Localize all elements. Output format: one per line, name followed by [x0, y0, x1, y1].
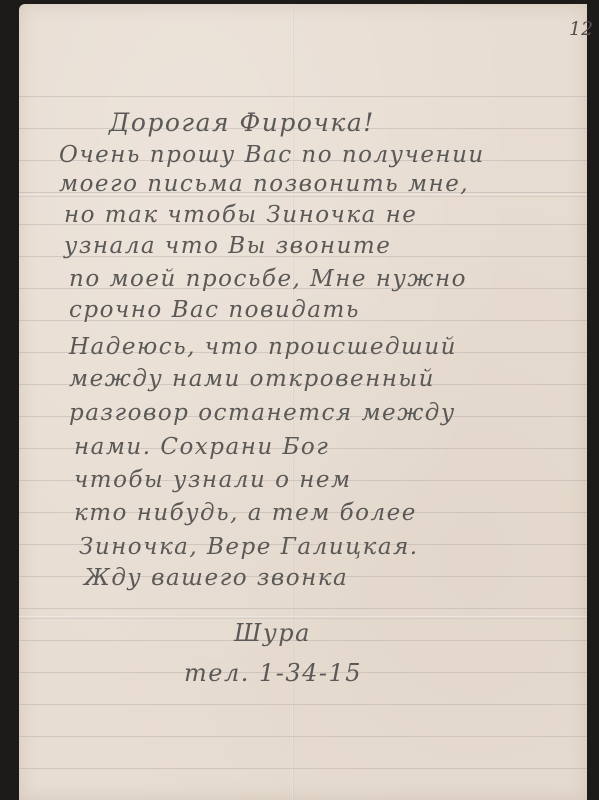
- ruled-line: [19, 736, 587, 737]
- ruled-line: [19, 704, 587, 705]
- letter-line: Зиночка, Вере Галицкая.: [79, 534, 419, 560]
- letter-line: узнала что Вы звоните: [64, 233, 391, 259]
- ruled-line: [19, 96, 587, 97]
- letter-line: чтобы узнали о нем: [74, 467, 352, 493]
- ruled-line: [19, 608, 587, 609]
- letter-line: срочно Вас повидать: [69, 297, 360, 323]
- letter-line: разговор останется между: [69, 400, 456, 426]
- scanned-document: 12 Дорогая Фирочка! Очень прошу Вас по п…: [0, 0, 599, 800]
- letter-line: кто нибудь, а тем более: [74, 500, 417, 526]
- letter-line: между нами откровенный: [69, 366, 435, 392]
- phone-number: тел. 1-34-15: [184, 659, 362, 687]
- letter-signature: Шура: [234, 619, 311, 647]
- letter-line: по моей просьбе, Мне нужно: [69, 266, 467, 292]
- letter-line: Очень прошу Вас по получении: [59, 142, 485, 168]
- page-number: 12: [569, 18, 593, 40]
- letter-line: нами. Сохрани Бог: [74, 434, 329, 460]
- letter-paper: 12 Дорогая Фирочка! Очень прошу Вас по п…: [19, 4, 587, 800]
- ruled-line: [19, 768, 587, 769]
- letter-line: моего письма позвонить мне,: [59, 171, 469, 197]
- letter-line: Надеюсь, что происшедший: [69, 334, 457, 360]
- letter-line: но так чтобы Зиночка не: [64, 202, 417, 228]
- letter-line: Жду вашего звонка: [84, 565, 348, 591]
- letter-salutation: Дорогая Фирочка!: [109, 108, 375, 137]
